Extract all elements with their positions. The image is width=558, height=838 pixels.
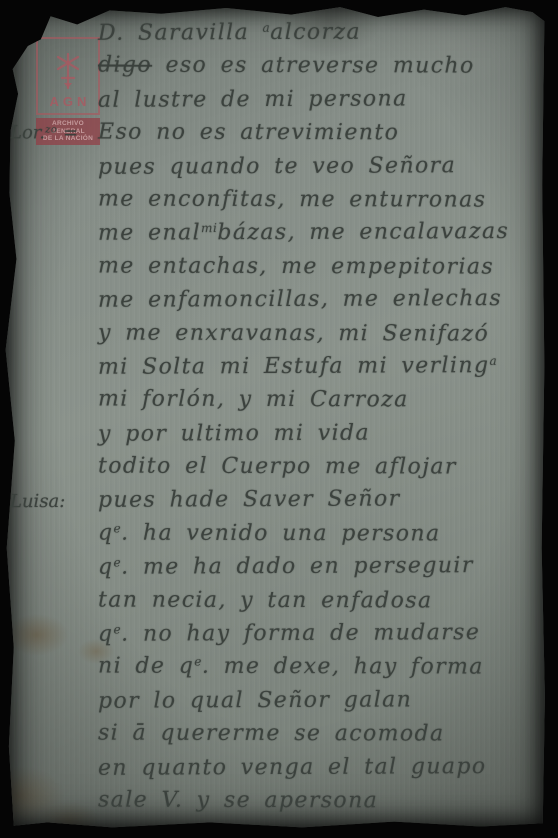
text-segment: mi forlón, y mi Carroza (98, 387, 409, 413)
manuscript-line: Luisa:pues hade Saver Señor (4, 486, 546, 522)
superscript: mi (201, 221, 217, 235)
text-segment: q (98, 520, 114, 545)
text-segment: en quanto venga el tal guapo (98, 754, 487, 781)
text-segment: . no hay forma de mudarse (121, 620, 480, 647)
superscript: e (194, 655, 202, 669)
line-text: si ā quererme se acomoda (98, 721, 546, 747)
line-text: y por ultimo mi vida (98, 420, 546, 447)
line-text: y me enxravanas, mi Senifazó (98, 320, 546, 346)
line-text: mi forlón, y mi Carroza (98, 387, 546, 413)
manuscript-line: en quanto venga el tal guapo (4, 753, 546, 789)
manuscript-line: pues quando te veo Señora (4, 152, 546, 188)
line-text: Eso no es atrevimiento (98, 120, 546, 146)
text-segment: sale V. y se apersona (98, 788, 378, 814)
text-segment: me enconfitas, me enturronas (98, 186, 486, 212)
manuscript-line: me enalmibázas, me encalavazas (4, 219, 546, 255)
text-segment: todito el Cuerpo me aflojar (98, 454, 457, 480)
line-text: qe. ha venido una persona (98, 520, 546, 546)
text-segment: D. Saravilla (98, 20, 263, 46)
superscript: zo (45, 125, 57, 136)
line-text: me enconfitas, me enturronas (98, 186, 546, 212)
text-segment: ni de q (98, 654, 194, 679)
line-text: qe. no hay forma de mudarse (98, 620, 546, 647)
manuscript-line: D. Saravilla aalcorza (4, 19, 546, 55)
speaker-label: Lor.zo = (4, 122, 98, 143)
line-text: qe. me ha dado en perseguir (98, 553, 546, 580)
manuscript-line: por lo qual Señor galan (4, 687, 546, 723)
text-segment: me entachas, me empepitorias (98, 253, 494, 279)
manuscript-line: mi Solta mi Estufa mi verlinga (4, 353, 546, 389)
paper-sheet: AGN ARCHIVO GENERAL DE LA NACIÓN D. Sara… (4, 3, 546, 829)
manuscript-line: tan necia, y tan enfadosa (4, 587, 546, 622)
text-segment: alcorza (270, 20, 361, 45)
line-text: por lo qual Señor galan (98, 687, 546, 714)
manuscript-line: sale V. y se apersona (4, 787, 546, 822)
text-segment: Lor. (10, 122, 45, 143)
text-segment: y me enxravanas, mi Senifazó (98, 320, 489, 346)
text-segment: q (98, 622, 114, 647)
manuscript-line: y me enxravanas, mi Senifazó (4, 320, 546, 355)
line-text: me entachas, me empepitorias (98, 253, 546, 279)
text-segment: mi Solta mi Estufa mi verling (98, 353, 490, 380)
line-text: mi Solta mi Estufa mi verlinga (98, 353, 546, 380)
text-segment: eso es atreverse mucho (152, 53, 475, 79)
line-text: me enfamoncillas, me enlechas (98, 286, 546, 313)
manuscript-line: me enfamoncillas, me enlechas (4, 286, 546, 322)
text-segment: me enal (98, 221, 201, 246)
line-text: pues hade Saver Señor (98, 486, 546, 513)
text-segment: = (57, 123, 78, 144)
manuscript-lines: D. Saravilla aalcorzadigo eso es atrever… (4, 20, 546, 821)
manuscript-line: todito el Cuerpo me aflojar (4, 453, 546, 488)
manuscript-line: me entachas, me empepitorias (4, 253, 546, 288)
line-text: digo eso es atreverse mucho (98, 53, 546, 79)
line-text: D. Saravilla aalcorza (98, 19, 546, 46)
manuscript-line: me enconfitas, me enturronas (4, 186, 546, 221)
text-segment: por lo qual Señor galan (98, 687, 412, 713)
line-text: pues quando te veo Señora (98, 152, 546, 179)
text-segment: q (98, 555, 114, 580)
manuscript-line: ni de qe. me dexe, hay forma (4, 654, 546, 689)
text-segment: pues hade Saver Señor (98, 487, 401, 513)
line-text: me enalmibázas, me encalavazas (98, 219, 546, 246)
manuscript-line: mi forlón, y mi Carroza (4, 387, 546, 422)
text-segment: tan necia, y tan enfadosa (98, 587, 433, 613)
text-segment: pues quando te veo Señora (98, 153, 456, 180)
line-text: al lustre de mi persona (98, 86, 546, 113)
line-text: en quanto venga el tal guapo (98, 753, 546, 780)
line-text: tan necia, y tan enfadosa (98, 587, 546, 613)
manuscript-line: qe. me ha dado en perseguir (4, 553, 546, 589)
speaker-label: Luisa: (4, 491, 98, 512)
text-segment: si ā quererme se acomoda (98, 721, 445, 747)
text-segment: y por ultimo mi vida (98, 420, 370, 446)
text-segment: Luisa: (10, 491, 65, 512)
line-text: todito el Cuerpo me aflojar (98, 454, 546, 480)
text-segment: bázas, me encalavazas (217, 219, 509, 245)
superscript: a (489, 354, 497, 368)
manuscript-line: qe. no hay forma de mudarse (4, 620, 546, 656)
manuscript-line: y por ultimo mi vida (4, 420, 546, 456)
struck-word: digo (98, 53, 152, 78)
scanned-manuscript-page: { "document": { "kind": "handwritten man… (0, 0, 558, 838)
manuscript-line: qe. ha venido una persona (4, 520, 546, 555)
line-text: sale V. y se apersona (98, 788, 546, 814)
text-segment: me enfamoncillas, me enlechas (98, 286, 502, 313)
text-segment: . ha venido una persona (121, 520, 440, 546)
line-text: ni de qe. me dexe, hay forma (98, 654, 546, 680)
manuscript-line: si ā quererme se acomoda (4, 720, 546, 755)
text-segment: . me ha dado en perseguir (121, 553, 474, 580)
manuscript-line: al lustre de mi persona (4, 86, 546, 122)
manuscript-line: digo eso es atreverse mucho (4, 53, 546, 88)
text-segment: al lustre de mi persona (98, 86, 408, 112)
text-segment: Eso no es atrevimiento (98, 120, 399, 146)
manuscript-line: Lor.zo =Eso no es atrevimiento (4, 119, 546, 154)
text-segment: . me dexe, hay forma (202, 654, 484, 680)
